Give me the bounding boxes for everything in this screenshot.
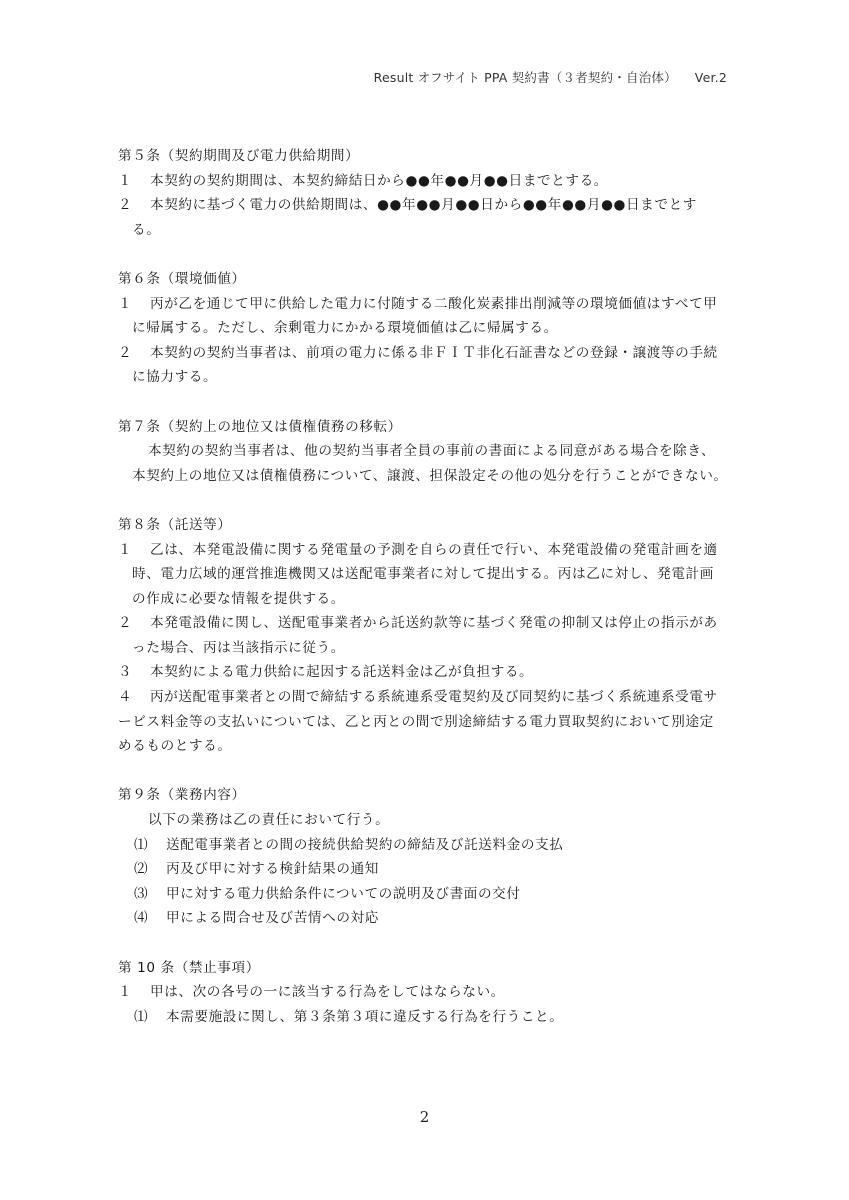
paragraph-number: １ bbox=[118, 169, 150, 194]
article-body-line: 本契約上の地位又は債権債務について、譲渡、担保設定その他の処分を行うことができな… bbox=[118, 464, 730, 489]
article-title: 第 10 条（禁止事項） bbox=[118, 956, 730, 981]
list-item: ⑴本需要施設に関し、第３条第３項に違反する行為を行うこと。 bbox=[118, 1005, 730, 1030]
article-title: 第６条（環境価値） bbox=[118, 267, 730, 292]
document-version: Ver.2 bbox=[695, 70, 727, 85]
item-text: 甲に対する電力供給条件についての説明及び書面の交付 bbox=[166, 886, 521, 902]
article-7: 第７条（契約上の地位又は債権債務の移転） 本契約の契約当事者は、他の契約当事者全… bbox=[118, 415, 730, 489]
item-number: ⑴ bbox=[134, 833, 166, 858]
item-number: ⑶ bbox=[134, 882, 166, 907]
paragraph-text: 本契約に基づく電力の供給期間は、●●年●●月●●日から●●年●●月●●日までとす bbox=[150, 197, 697, 213]
paragraph-number: １ bbox=[118, 292, 150, 317]
list-item: ⑶甲に対する電力供給条件についての説明及び書面の交付 bbox=[118, 882, 730, 907]
article-title: 第８条（託送等） bbox=[118, 513, 730, 538]
paragraph-number: ２ bbox=[118, 341, 150, 366]
article-5: 第５条（契約期間及び電力供給期間） １本契約の契約期間は、本契約締結日から●●年… bbox=[118, 144, 730, 242]
paragraph: ２本契約に基づく電力の供給期間は、●●年●●月●●日から●●年●●月●●日までと… bbox=[118, 193, 730, 242]
paragraph: １丙が乙を通じて甲に供給した電力に付随する二酸化炭素排出削減等の環境価値はすべて… bbox=[118, 292, 730, 341]
article-intro: 以下の業務は乙の責任において行う。 bbox=[118, 808, 730, 833]
article-10: 第 10 条（禁止事項） １甲は、次の各号の一に該当する行為をしてはならない。 … bbox=[118, 956, 730, 1030]
paragraph-text-cont: に協力する。 bbox=[118, 365, 730, 390]
paragraph-text: 丙が乙を通じて甲に供給した電力に付随する二酸化炭素排出削減等の環境価値はすべて甲 bbox=[150, 296, 717, 312]
paragraph-text-cont: の作成に必要な情報を提供する。 bbox=[118, 587, 730, 612]
paragraph-text: 本契約による電力供給に起因する託送料金は乙が負担する。 bbox=[150, 664, 533, 680]
article-6: 第６条（環境価値） １丙が乙を通じて甲に供給した電力に付随する二酸化炭素排出削減… bbox=[118, 267, 730, 390]
article-title: 第５条（契約期間及び電力供給期間） bbox=[118, 144, 730, 169]
paragraph-text-cont: った場合、丙は当該指示に従う。 bbox=[118, 636, 730, 661]
running-header: Result オフサイト PPA 契約書（３者契約・自治体）Ver.2 bbox=[374, 68, 727, 86]
paragraph-text-cont: に帰属する。ただし、余剰電力にかかる環境価値は乙に帰属する。 bbox=[118, 316, 730, 341]
document-title: Result オフサイト PPA 契約書（３者契約・自治体） bbox=[374, 70, 677, 85]
paragraph-text: 本契約の契約当事者は、前項の電力に係る非ＦＩＴ非化石証書などの登録・譲渡等の手続 bbox=[150, 345, 718, 361]
paragraph-text: 本発電設備に関し、送配電事業者から託送約款等に基づく発電の抑制又は停止の指示があ bbox=[150, 615, 718, 631]
item-text: 送配電事業者との間の接続供給契約の締結及び託送料金の支払 bbox=[166, 837, 563, 853]
paragraph-number: ４ bbox=[118, 685, 150, 710]
article-title: 第７条（契約上の地位又は債権債務の移転） bbox=[118, 415, 730, 440]
article-9: 第９条（業務内容） 以下の業務は乙の責任において行う。 ⑴送配電事業者との間の接… bbox=[118, 783, 730, 931]
item-number: ⑵ bbox=[134, 857, 166, 882]
paragraph: １本契約の契約期間は、本契約締結日から●●年●●月●●日までとする。 bbox=[118, 169, 730, 194]
paragraph-number: ２ bbox=[118, 611, 150, 636]
paragraph: １甲は、次の各号の一に該当する行為をしてはならない。 bbox=[118, 980, 730, 1005]
list-item: ⑵丙及び甲に対する検針結果の通知 bbox=[118, 857, 730, 882]
article-8: 第８条（託送等） １乙は、本発電設備に関する発電量の予測を自らの責任で行い、本発… bbox=[118, 513, 730, 759]
paragraph-text-cont: る。 bbox=[118, 218, 730, 243]
paragraph: ２本発電設備に関し、送配電事業者から託送約款等に基づく発電の抑制又は停止の指示が… bbox=[118, 611, 730, 660]
paragraph-number: １ bbox=[118, 980, 150, 1005]
item-text: 丙及び甲に対する検針結果の通知 bbox=[166, 861, 379, 877]
paragraph-number: １ bbox=[118, 538, 150, 563]
paragraph-text-cont: ービス料金等の支払いについては、乙と丙との間で別途締結する電力買取契約において別… bbox=[118, 710, 730, 735]
paragraph: ２本契約の契約当事者は、前項の電力に係る非ＦＩＴ非化石証書などの登録・譲渡等の手… bbox=[118, 341, 730, 390]
item-number: ⑴ bbox=[134, 1005, 166, 1030]
page-number: 2 bbox=[0, 1108, 849, 1126]
article-title: 第９条（業務内容） bbox=[118, 783, 730, 808]
paragraph-text: 乙は、本発電設備に関する発電量の予測を自らの責任で行い、本発電設備の発電計画を適 bbox=[150, 542, 718, 558]
item-text: 甲による問合せ及び苦情への対応 bbox=[166, 910, 379, 926]
item-text: 本需要施設に関し、第３条第３項に違反する行為を行うこと。 bbox=[166, 1009, 563, 1025]
article-body-line: 本契約の契約当事者は、他の契約当事者全員の事前の書面による同意がある場合を除き、 bbox=[118, 439, 730, 464]
paragraph-text: 本契約の契約期間は、本契約締結日から●●年●●月●●日までとする。 bbox=[150, 173, 608, 189]
paragraph: ３本契約による電力供給に起因する託送料金は乙が負担する。 bbox=[118, 660, 730, 685]
item-number: ⑷ bbox=[134, 906, 166, 931]
paragraph: ４丙が送配電事業者との間で締結する系統連系受電契約及び同契約に基づく系統連系受電… bbox=[118, 685, 730, 759]
paragraph-text: 丙が送配電事業者との間で締結する系統連系受電契約及び同契約に基づく系統連系受電サ bbox=[150, 689, 718, 705]
paragraph-text-cont: 時、電力広域的運営推進機関又は送配電事業者に対して提出する。丙は乙に対し、発電計… bbox=[118, 562, 730, 587]
list-item: ⑷甲による問合せ及び苦情への対応 bbox=[118, 906, 730, 931]
paragraph-number: ３ bbox=[118, 660, 150, 685]
list-item: ⑴送配電事業者との間の接続供給契約の締結及び託送料金の支払 bbox=[118, 833, 730, 858]
paragraph: １乙は、本発電設備に関する発電量の予測を自らの責任で行い、本発電設備の発電計画を… bbox=[118, 538, 730, 612]
document-body: 第５条（契約期間及び電力供給期間） １本契約の契約期間は、本契約締結日から●●年… bbox=[118, 144, 730, 1054]
paragraph-number: ２ bbox=[118, 193, 150, 218]
paragraph-text: 甲は、次の各号の一に該当する行為をしてはならない。 bbox=[150, 984, 505, 1000]
paragraph-text-cont: めるものとする。 bbox=[118, 734, 730, 759]
